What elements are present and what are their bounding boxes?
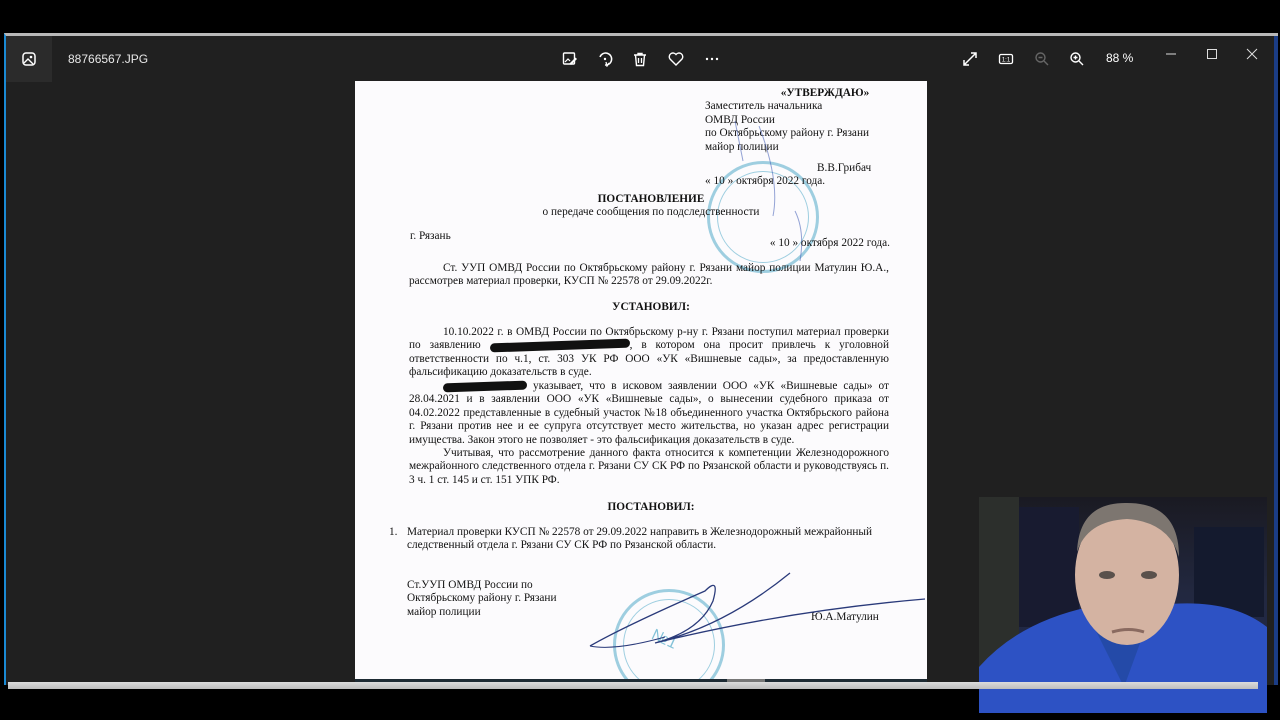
edit-image-button[interactable] — [556, 46, 584, 72]
approval-heading: «УТВЕРЖДАЮ» — [705, 87, 905, 100]
delete-button[interactable] — [626, 46, 654, 72]
decision-item-text: Материал проверки КУСП № 22578 от 29.09.… — [407, 526, 889, 553]
more-icon — [704, 51, 720, 67]
minimize-icon — [1165, 48, 1177, 60]
document-title-block: ПОСТАНОВЛЕНИЕ о передаче сообщения по по… — [355, 193, 927, 220]
favorite-button[interactable] — [662, 46, 690, 72]
heart-icon — [668, 51, 684, 67]
rotate-icon — [597, 51, 613, 67]
video-letterbox-top — [0, 0, 1280, 33]
document-date: « 10 » октября 2022 года. — [770, 237, 890, 250]
actual-size-button[interactable]: 1:1 — [992, 46, 1020, 72]
zoom-level: 88 % — [1106, 51, 1133, 65]
redacted-name — [443, 380, 527, 392]
signer-block: Ст.УУП ОМВД России по Октябрьскому район… — [407, 579, 557, 619]
zoom-in-button[interactable] — [1063, 46, 1091, 72]
decided-heading: ПОСТАНОВИЛ: — [355, 501, 927, 514]
horizontal-scrollbar[interactable] — [8, 682, 1258, 689]
document-title: ПОСТАНОВЛЕНИЕ — [375, 193, 927, 206]
actual-size-icon: 1:1 — [998, 51, 1014, 67]
presenter-video — [979, 497, 1267, 713]
city: г. Рязань — [410, 230, 451, 242]
svg-text:1:1: 1:1 — [1002, 58, 1011, 64]
file-name: 88766567.JPG — [68, 52, 148, 66]
edit-image-icon — [562, 51, 578, 67]
zoom-out-button[interactable] — [1028, 46, 1056, 72]
zoom-in-icon — [1069, 51, 1085, 67]
close-button[interactable] — [1232, 42, 1272, 66]
signer-line: майор полиции — [407, 606, 557, 619]
signer-line: Ст.УУП ОМВД России по — [407, 579, 557, 592]
city-date-row: г. Рязань « 10 » октября 2022 года. — [410, 230, 890, 243]
zoom-out-icon — [1034, 51, 1050, 67]
intro-paragraph: Ст. УУП ОМВД России по Октябрьскому райо… — [409, 262, 889, 289]
trash-icon — [632, 51, 648, 67]
expand-icon — [962, 51, 978, 67]
fullscreen-button[interactable] — [956, 46, 984, 72]
minimize-button[interactable] — [1151, 42, 1191, 66]
established-heading: УСТАНОВИЛ: — [355, 301, 927, 314]
paragraph-2: указывает, что в исковом заявлении ООО «… — [409, 380, 889, 447]
rotate-button[interactable] — [591, 46, 619, 72]
decision-item-number: 1. — [389, 526, 407, 553]
maximize-icon — [1206, 48, 1218, 60]
close-icon — [1246, 48, 1258, 60]
decision-item: 1. Материал проверки КУСП № 22578 от 29.… — [389, 526, 889, 553]
signer-signature — [585, 571, 927, 651]
paragraph-1: 10.10.2022 г. в ОМВД России по Октябрьск… — [409, 326, 889, 380]
signer-line: Октябрьскому району г. Рязани — [407, 592, 557, 605]
redacted-name — [489, 339, 629, 353]
approval-line: Заместитель начальника — [705, 100, 905, 113]
paragraph-3: Учитывая, что рассмотрение данного факта… — [409, 447, 889, 487]
paragraph-1-text-b: , в котором она просит привлечь к уголов… — [409, 339, 889, 378]
more-button[interactable] — [698, 46, 726, 72]
document-image[interactable]: №1 «УТВЕРЖДАЮ» Заместитель начальника ОМ… — [355, 81, 927, 679]
app-icon-button[interactable] — [6, 36, 52, 82]
document-subtitle: о передаче сообщения по подследственност… — [375, 206, 927, 219]
photos-app-icon — [21, 51, 37, 67]
maximize-button[interactable] — [1192, 42, 1232, 66]
photos-app-window: 88766567.JPG 1:1 88 % — [4, 33, 1278, 685]
webcam-overlay — [979, 497, 1267, 713]
window-edge — [1274, 36, 1278, 685]
